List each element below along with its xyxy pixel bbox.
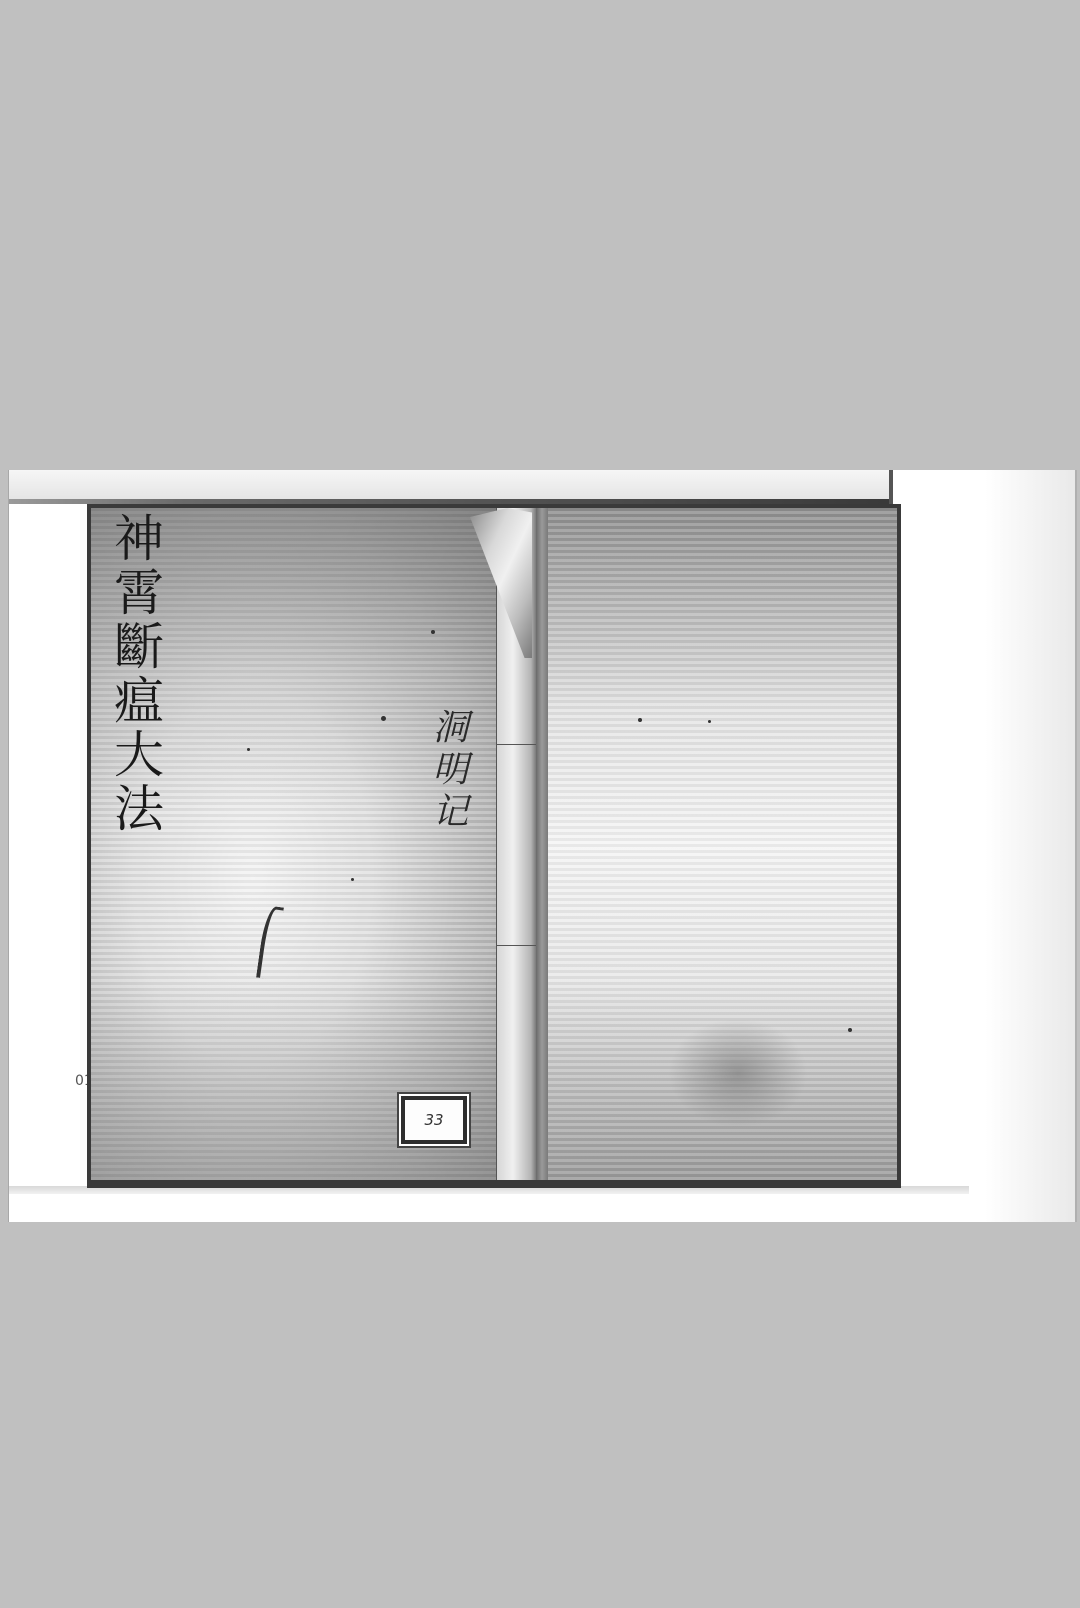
book-cover-spread: 神霄斷瘟大法 洞明记 33 (87, 504, 901, 1188)
binding-segment-line (497, 945, 537, 946)
catalog-label-number: 33 (424, 1111, 443, 1129)
scanned-page: 01 神霄斷瘟大法 洞明记 33 (8, 470, 1077, 1222)
binding-segment-line (497, 744, 537, 745)
speck (708, 720, 711, 723)
scan-edge-shadow (985, 470, 1075, 1222)
book-title: 神霄斷瘟大法 (105, 512, 165, 836)
speck (638, 718, 642, 722)
brush-stroke-mark (256, 905, 284, 980)
front-cover: 神霄斷瘟大法 洞明记 33 (91, 508, 496, 1180)
speck (381, 716, 386, 721)
book-subtitle: 洞明记 (425, 708, 469, 834)
catalog-label: 33 (401, 1096, 467, 1144)
back-cover (548, 508, 897, 1180)
speck (848, 1028, 852, 1032)
scan-top-margin (9, 470, 893, 504)
speck (351, 878, 354, 881)
speck (247, 748, 250, 751)
gutter-shadow (536, 508, 548, 1180)
speck (431, 630, 435, 634)
